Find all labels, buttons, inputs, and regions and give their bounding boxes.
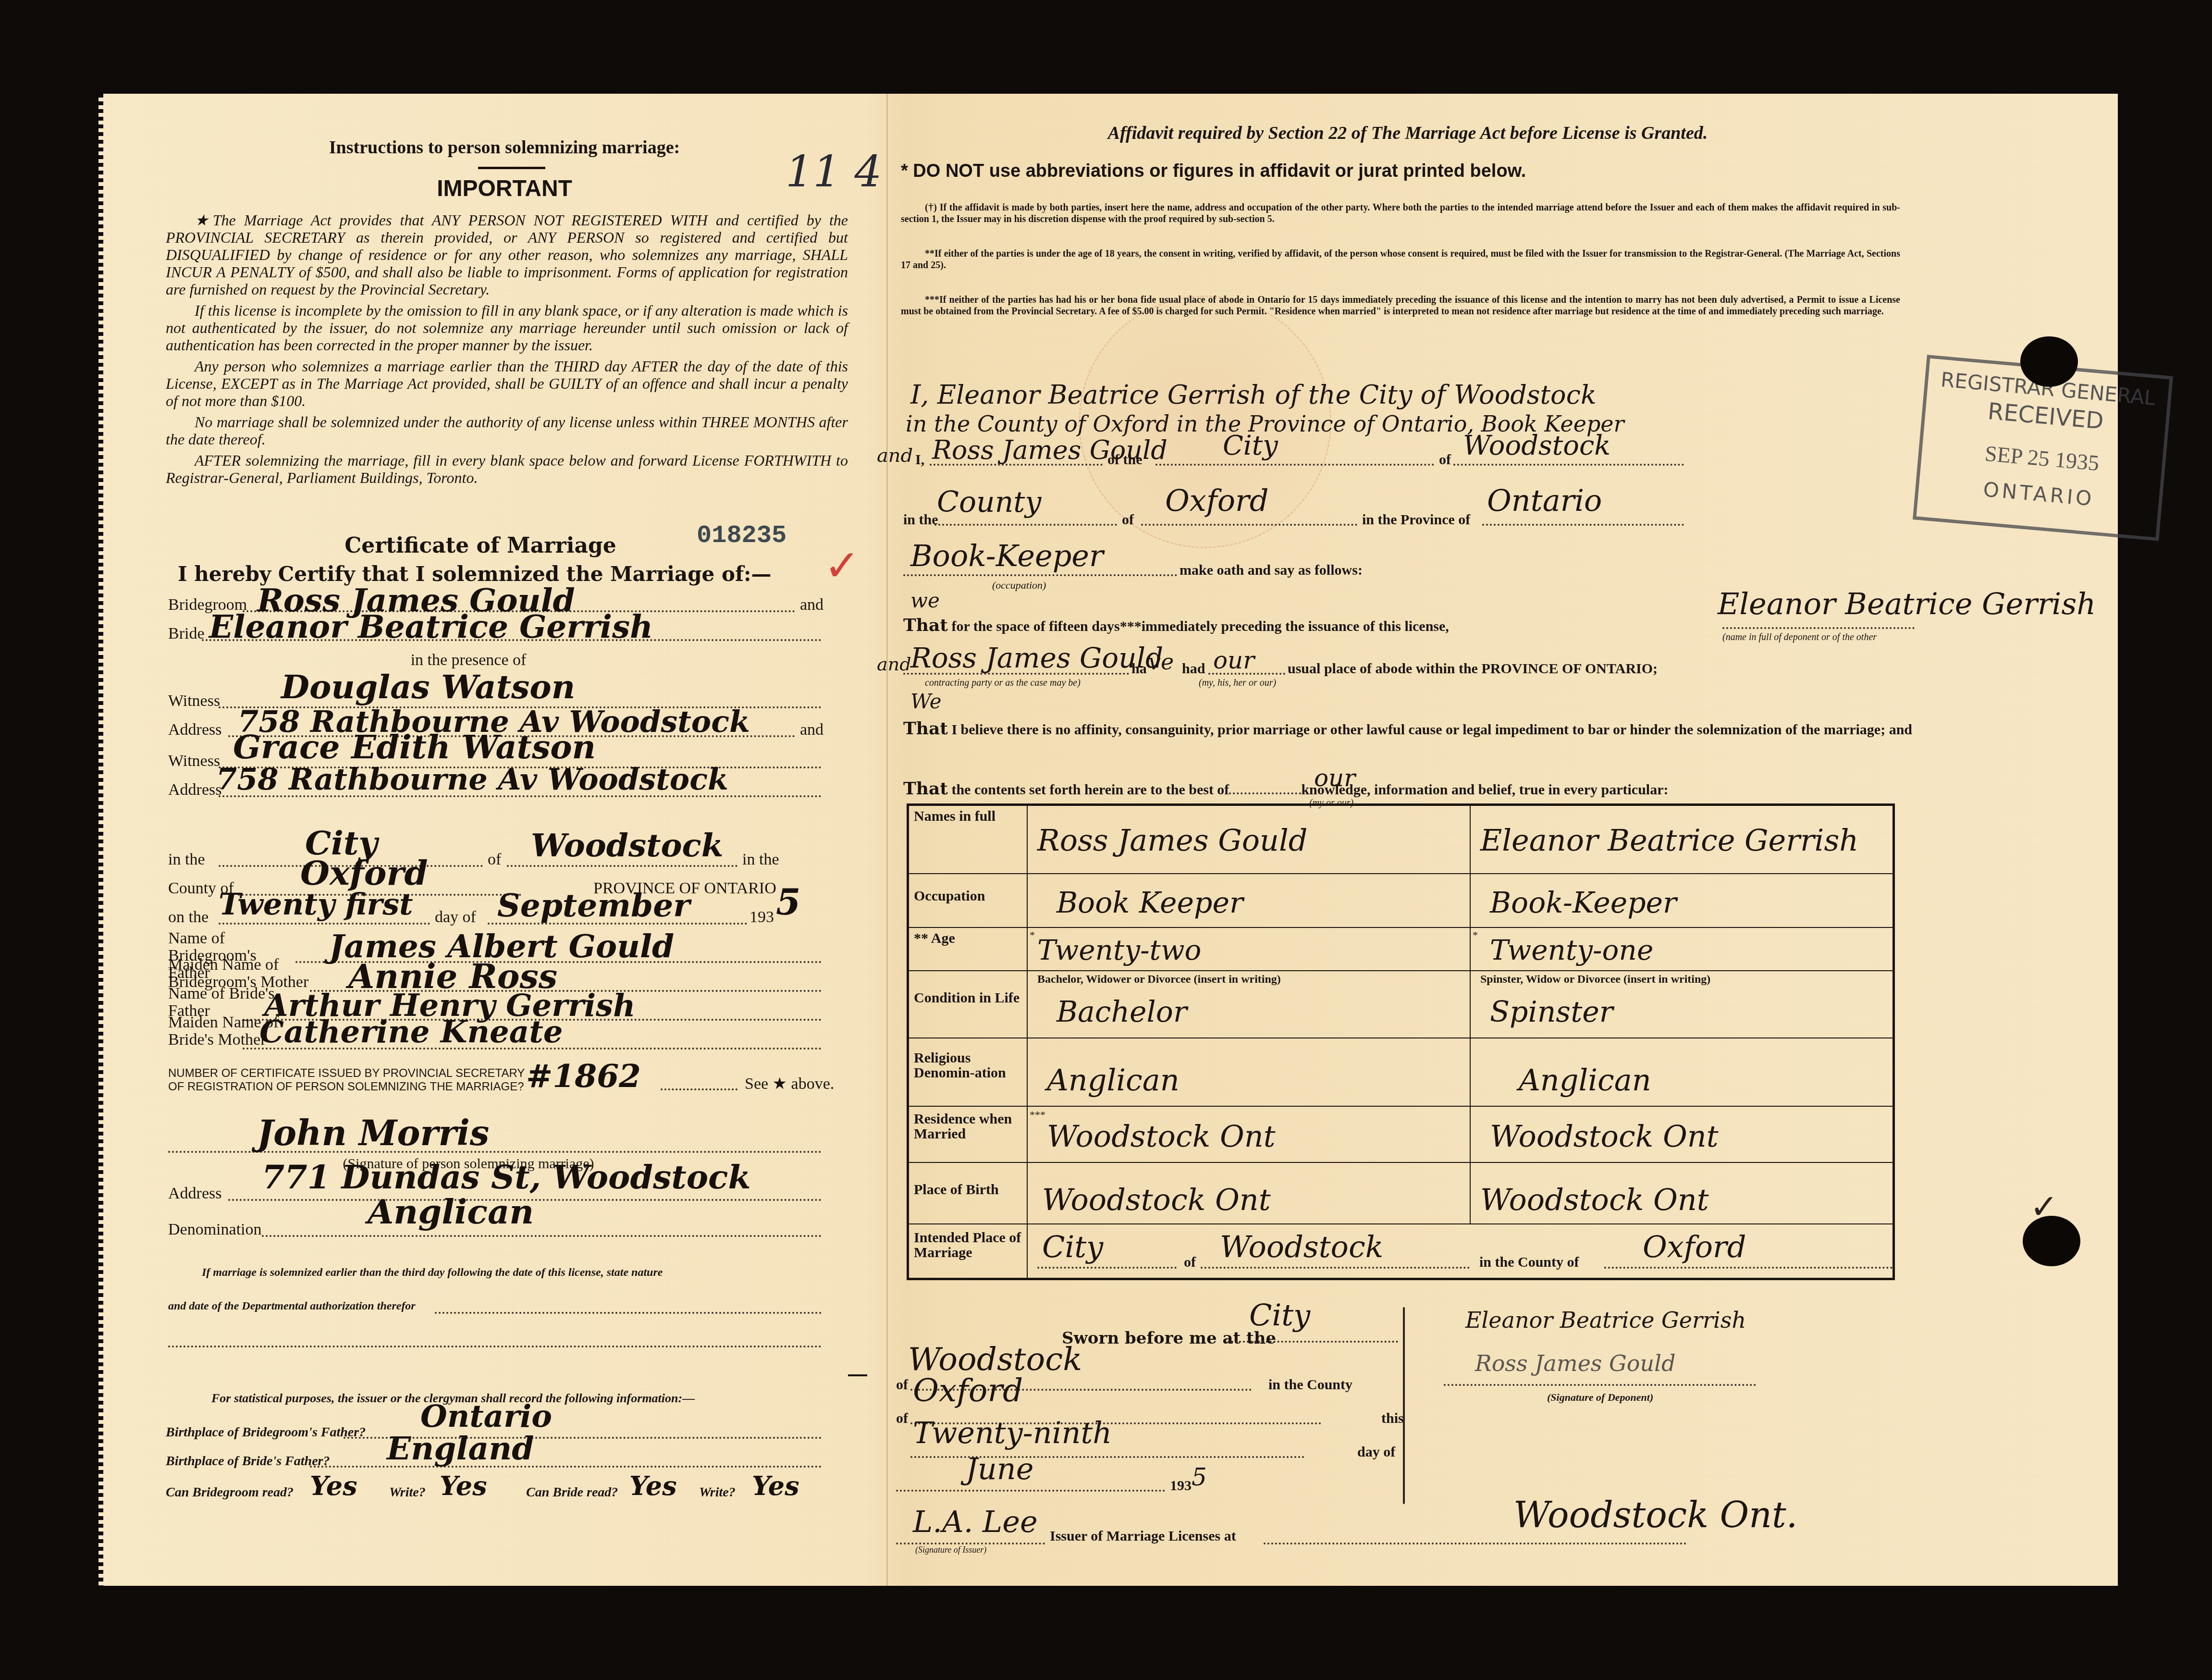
year-suffix: 5 bbox=[776, 882, 801, 923]
groom-cell: Anglican bbox=[1027, 1038, 1470, 1106]
groom-value: Woodstock Ont bbox=[1042, 1182, 1271, 1217]
bride-cell: Woodstock Ont bbox=[1470, 1106, 1894, 1162]
affidavit-county-type: County bbox=[937, 485, 1041, 519]
bride-father-birthplace: England bbox=[387, 1430, 534, 1467]
checkmark: ✓ bbox=[2030, 1187, 2058, 1226]
address2-label: Address bbox=[168, 781, 221, 799]
affidavit-note: ***If neither of the parties has had his… bbox=[901, 294, 1900, 317]
municipality-type-line bbox=[1155, 464, 1434, 466]
in-the-label: in the bbox=[903, 512, 938, 528]
jurat-month: June bbox=[966, 1451, 1033, 1486]
cert-number-label-line1: NUMBER OF CERTIFICATE ISSUED BY PROVINCI… bbox=[168, 1067, 525, 1080]
bride-read: Yes bbox=[629, 1470, 677, 1501]
footnote-mark: *** bbox=[1030, 1109, 1045, 1121]
that3-insert-line bbox=[1229, 792, 1301, 794]
our-insert: our bbox=[1213, 646, 1254, 674]
bride-value: Woodstock Ont bbox=[1480, 1182, 1709, 1217]
day-of-label: day of bbox=[1357, 1444, 1395, 1460]
intended-type: City bbox=[1042, 1229, 1103, 1264]
sworn-type-line bbox=[1228, 1341, 1398, 1343]
intended-county-label: in the County of bbox=[1479, 1254, 1579, 1271]
sworn-label-text: Sworn before me at the bbox=[1062, 1329, 1276, 1348]
we-insert: we bbox=[910, 589, 940, 612]
bride-value: Spinster bbox=[1490, 995, 1613, 1029]
that3-body-a: the contents set forth herein are to the… bbox=[951, 782, 1229, 798]
instructions-title: Instructions to person solemnizing marri… bbox=[276, 137, 733, 158]
of-label: of bbox=[488, 851, 501, 869]
bride-cell: Woodstock Ont bbox=[1470, 1162, 1894, 1224]
early-note-line1: If marriage is solemnized earlier than t… bbox=[202, 1266, 663, 1279]
instructions-block: ★The Marriage Act provides that ANY PERS… bbox=[166, 211, 848, 490]
denomination-label: Denomination bbox=[168, 1221, 262, 1239]
row-label: Residence when Married bbox=[908, 1106, 1028, 1162]
bride-cell: Anglican bbox=[1470, 1038, 1894, 1106]
sworn-label: Sworn before me at the bbox=[1062, 1329, 1276, 1348]
of-the-label: of the bbox=[1107, 452, 1142, 468]
day-of-label: day of bbox=[435, 908, 476, 926]
province-line bbox=[1482, 524, 1684, 526]
early-note-line-2 bbox=[168, 1346, 822, 1347]
issuer-signature: L.A. Lee bbox=[913, 1504, 1038, 1539]
jurat-year-suffix: 5 bbox=[1192, 1463, 1207, 1491]
witness1-name: Douglas Watson bbox=[281, 668, 575, 706]
in-the-label: in the bbox=[742, 851, 779, 869]
issuer-caption: (Signature of Issuer) bbox=[915, 1545, 986, 1555]
address1-label: Address bbox=[168, 721, 221, 739]
jurat-month-line bbox=[896, 1490, 1165, 1492]
witness2-label: Witness bbox=[168, 752, 220, 770]
red-checkmark: ✓ bbox=[824, 541, 860, 591]
that1-caption2: contracting party or as the case may be) bbox=[925, 678, 1081, 689]
groom-read-label: Can Bridegroom read? bbox=[166, 1485, 294, 1500]
and-label: and bbox=[800, 721, 823, 739]
row-label: Intended Place of Marriage bbox=[908, 1224, 1028, 1279]
that1-prefix: That bbox=[903, 615, 948, 635]
instruction-paragraph: AFTER solemnizing the marriage, fill in … bbox=[166, 452, 848, 486]
table-row: Intended Place of Marriage City of Woods… bbox=[908, 1224, 1894, 1279]
affidavit-municipality-type: City bbox=[1223, 430, 1278, 461]
certificate-title: Certificate of Marriage bbox=[276, 533, 685, 558]
groom-value: Book Keeper bbox=[1057, 886, 1243, 920]
county-line bbox=[1141, 524, 1357, 526]
that3-insert: our bbox=[1314, 764, 1355, 792]
address2-value: 758 Rathbourne Av Woodstock bbox=[216, 762, 728, 797]
municipality-line bbox=[507, 865, 737, 867]
punch-hole bbox=[2020, 336, 2078, 387]
affidavit-province: Ontario bbox=[1487, 483, 1602, 518]
bride-cell: Spinster, Widow or Divorcee (insert in w… bbox=[1470, 971, 1894, 1038]
of-label: of bbox=[1184, 1254, 1196, 1271]
particulars-table: Names in full Ross James Gould Eleanor B… bbox=[907, 803, 1895, 1280]
jurat-bracket bbox=[1403, 1307, 1405, 1504]
bride-mother: Catherine Kneate bbox=[259, 1014, 563, 1050]
groom-value: Twenty-two bbox=[1037, 934, 1202, 966]
oath-text: make oath and say as follows: bbox=[1180, 562, 1363, 579]
that2-prefix: That bbox=[903, 718, 948, 739]
pronoun-caption: (my, his, her or our) bbox=[1199, 678, 1276, 689]
corner-notation: 11 4 bbox=[786, 147, 882, 197]
groom-value: Bachelor bbox=[1057, 995, 1187, 1029]
occupation-caption: (occupation) bbox=[992, 579, 1046, 592]
see-above: See ★ above. bbox=[745, 1074, 834, 1093]
we-insert-2: We bbox=[910, 690, 942, 713]
bride-cell: Eleanor Beatrice Gerrish bbox=[1470, 805, 1894, 874]
stamp-date: SEP 25 1935 bbox=[1921, 436, 2163, 482]
officiant-address: 771 Dundas St, Woodstock bbox=[262, 1158, 751, 1197]
early-note-line2: and date of the Departmental authorizati… bbox=[168, 1300, 416, 1313]
affidavit-title: Affidavit required by Section 22 of The … bbox=[915, 123, 1900, 144]
year-prefix: 193 bbox=[750, 908, 774, 926]
groom-write-label: Write? bbox=[389, 1485, 426, 1500]
early-note-line bbox=[435, 1312, 822, 1314]
row-label: ** Age bbox=[908, 927, 1028, 971]
groom-value: Woodstock Ont bbox=[1047, 1119, 1276, 1154]
groom-cell: Book Keeper bbox=[1027, 874, 1470, 927]
bride-write: Yes bbox=[752, 1470, 799, 1501]
page-fold bbox=[886, 94, 888, 1586]
affidavit-municipality: Woodstock bbox=[1463, 430, 1610, 461]
bride-value: Eleanor Beatrice Gerrish bbox=[1480, 823, 1858, 858]
row-label: Religious Denomin-ation bbox=[908, 1038, 1028, 1106]
province-label: in the Province of bbox=[1362, 512, 1470, 528]
intended-place-cell: City of Woodstock in the County of Oxfor… bbox=[1027, 1224, 1894, 1279]
marriage-day: Twenty first bbox=[219, 887, 413, 922]
bride-label: Bride bbox=[168, 625, 205, 643]
table-row: ** Age *Twenty-two *Twenty-one bbox=[908, 927, 1894, 971]
affidavit-occupation: Book-Keeper bbox=[910, 538, 1104, 573]
intended-county-line bbox=[1604, 1267, 1892, 1269]
serial-number: 018235 bbox=[697, 521, 786, 550]
affidavit-county: Oxford bbox=[1165, 483, 1268, 518]
bride-cell: *Twenty-one bbox=[1470, 927, 1894, 971]
groom-write: Yes bbox=[440, 1470, 487, 1501]
that1-body: for the space of fifteen days***immediat… bbox=[951, 618, 1449, 634]
of-label: of bbox=[1439, 452, 1451, 468]
groom-father-birthplace-label: Birthplace of Bridegroom's Father? bbox=[166, 1425, 366, 1440]
bride-printed-options: Spinster, Widow or Divorcee (insert in w… bbox=[1480, 973, 1710, 986]
bride-read-label: Can Bride read? bbox=[526, 1485, 618, 1500]
issuer-label: Issuer of Marriage Licenses at bbox=[1050, 1528, 1236, 1544]
row-label: Names in full bbox=[908, 805, 1028, 874]
affidavit-handwritten-line1: I, Eleanor Beatrice Gerrish of the City … bbox=[910, 380, 1597, 410]
cert-number-label: NUMBER OF CERTIFICATE ISSUED BY PROVINCI… bbox=[168, 1067, 525, 1094]
denomination: Anglican bbox=[368, 1192, 534, 1232]
has-label: ha bbox=[1131, 661, 1147, 677]
jurat-county: Oxford bbox=[913, 1372, 1023, 1409]
deponent-signature-line bbox=[1444, 1384, 1756, 1386]
marriage-month: September bbox=[497, 887, 690, 924]
that3-text: That the contents set forth herein are t… bbox=[903, 778, 1668, 799]
bride-write-label: Write? bbox=[699, 1485, 736, 1500]
jurat-year-prefix: 193 bbox=[1170, 1478, 1192, 1494]
bride-father-birthplace-label: Birthplace of Bride's Father? bbox=[166, 1454, 330, 1469]
issuer-place-line bbox=[1264, 1543, 1686, 1544]
table-row: Place of Birth Woodstock Ont Woodstock O… bbox=[908, 1162, 1894, 1224]
bride-name: Eleanor Beatrice Gerrish bbox=[209, 608, 653, 645]
table-row: Residence when Married ***Woodstock Ont … bbox=[908, 1106, 1894, 1162]
deponent-caption: (Signature of Deponent) bbox=[1547, 1391, 1653, 1404]
of-label: of bbox=[896, 1377, 908, 1393]
affidavit-note: **If either of the parties is under the … bbox=[901, 248, 1900, 271]
cert-number: #1862 bbox=[526, 1057, 641, 1095]
groom-read: Yes bbox=[310, 1470, 357, 1501]
affidavit-note: (†) If the affidavit is made by both par… bbox=[901, 202, 1900, 225]
groom-value: Ross James Gould bbox=[1037, 823, 1307, 858]
intended-type-line bbox=[1037, 1267, 1177, 1269]
deponent-signature-1: Eleanor Beatrice Gerrish bbox=[1465, 1307, 1746, 1333]
row-label: Condition in Life bbox=[908, 971, 1028, 1038]
has-insert: ve bbox=[1148, 649, 1174, 675]
that3-prefix: That bbox=[903, 778, 948, 799]
and-prefix: and bbox=[877, 654, 911, 675]
cert-number-label-line2: OF REGISTRATION OF PERSON SOLEMNIZING TH… bbox=[168, 1080, 525, 1094]
occupation-line bbox=[903, 574, 1177, 576]
municipality: Woodstock bbox=[531, 827, 724, 864]
groom-cell: Woodstock Ont bbox=[1027, 1162, 1470, 1224]
issuer-signature-line bbox=[896, 1543, 1045, 1544]
this-label: this bbox=[1381, 1410, 1404, 1427]
divider bbox=[848, 1374, 867, 1376]
groom-value: Anglican bbox=[1047, 1062, 1180, 1098]
divider bbox=[478, 167, 545, 169]
officiant-address-label: Address bbox=[168, 1185, 221, 1203]
footnote-mark: * bbox=[1473, 929, 1478, 941]
presence-label: in the presence of bbox=[276, 651, 661, 669]
that1-name2: Ross James Gould bbox=[910, 642, 1163, 674]
bride-value: Twenty-one bbox=[1490, 934, 1653, 966]
that1-caption: (name in full of deponent or of the othe… bbox=[1722, 632, 1877, 643]
municipality-line bbox=[1453, 464, 1684, 466]
bride-cell: Book-Keeper bbox=[1470, 874, 1894, 927]
stamp-line4: ONTARIO bbox=[1918, 472, 2159, 517]
jurat-county-label: in the County bbox=[1268, 1377, 1352, 1393]
instruction-paragraph: Any person who solemnizes a marriage ear… bbox=[166, 358, 848, 409]
officiant-signature: John Morris bbox=[257, 1112, 489, 1153]
of-label: of bbox=[1122, 512, 1134, 528]
witness2-name: Grace Edith Watson bbox=[233, 728, 596, 766]
instruction-paragraph: No marriage shall be solemnized under th… bbox=[166, 413, 848, 448]
on-the-label: on the bbox=[168, 908, 209, 926]
groom-cell: *Twenty-two bbox=[1027, 927, 1470, 971]
important-heading: IMPORTANT bbox=[276, 175, 733, 202]
bride-value: Woodstock Ont bbox=[1490, 1119, 1719, 1154]
table-row: Religious Denomin-ation Anglican Anglica… bbox=[908, 1038, 1894, 1106]
and-label: and bbox=[800, 596, 823, 614]
table-row: Occupation Book Keeper Book-Keeper bbox=[908, 874, 1894, 927]
that3-body-b: knowledge, information and belief, true … bbox=[1301, 782, 1668, 798]
denomination-line bbox=[262, 1235, 822, 1237]
that1-text: That for the space of fifteen days***imm… bbox=[903, 615, 1449, 635]
and-prefix: and bbox=[877, 445, 913, 467]
i-label: I, bbox=[915, 452, 924, 468]
cert-number-line bbox=[661, 1088, 737, 1090]
bride-value: Book-Keeper bbox=[1490, 886, 1677, 920]
instruction-paragraph: ★The Marriage Act provides that ANY PERS… bbox=[166, 211, 848, 298]
that1-name: Eleanor Beatrice Gerrish bbox=[1718, 586, 2096, 621]
instruction-paragraph: If this license is incomplete by the omi… bbox=[166, 302, 848, 354]
intended-county: Oxford bbox=[1643, 1229, 1746, 1264]
footnote-mark: * bbox=[1030, 929, 1035, 941]
that2-text: That I believe there is no affinity, con… bbox=[903, 716, 1922, 742]
groom-printed-options: Bachelor, Widower or Divorcee (insert in… bbox=[1037, 973, 1281, 986]
day-line bbox=[219, 923, 430, 925]
abode-text: usual place of abode within the PROVINCE… bbox=[1288, 661, 1658, 677]
groom-cell: Ross James Gould bbox=[1027, 805, 1470, 874]
groom-cell: ***Woodstock Ont bbox=[1027, 1106, 1470, 1162]
row-label: Place of Birth bbox=[908, 1162, 1028, 1224]
county-type-line bbox=[934, 524, 1117, 526]
sworn-type: City bbox=[1249, 1297, 1310, 1333]
jurat-day: Twenty-ninth bbox=[913, 1415, 1112, 1450]
table-row: Condition in Life Bachelor, Widower or D… bbox=[908, 971, 1894, 1038]
had-label: had bbox=[1182, 661, 1205, 677]
deponent-signature-2: Ross James Gould bbox=[1475, 1350, 1675, 1376]
row-label: Occupation bbox=[908, 874, 1028, 927]
bride-value: Anglican bbox=[1519, 1062, 1651, 1098]
table-row: Names in full Ross James Gould Eleanor B… bbox=[908, 805, 1894, 874]
groom-cell: Bachelor, Widower or Divorcee (insert in… bbox=[1027, 971, 1470, 1038]
affidavit-notes: (†) If the affidavit is made by both par… bbox=[901, 202, 1900, 317]
intended-place: Woodstock bbox=[1220, 1229, 1383, 1264]
that2-body: I believe there is no affinity, consangu… bbox=[951, 722, 1912, 738]
issuer-place: Woodstock Ont. bbox=[1513, 1495, 1797, 1536]
witness1-label: Witness bbox=[168, 692, 220, 710]
groom-father-birthplace: Ontario bbox=[420, 1398, 552, 1434]
intended-place-line bbox=[1201, 1267, 1470, 1269]
affidavit-warning: * DO NOT use abbreviations or figures in… bbox=[901, 161, 1526, 182]
of-label: of bbox=[896, 1410, 908, 1427]
that1-name-line bbox=[1722, 627, 1915, 629]
in-the-label: in the bbox=[168, 851, 205, 869]
